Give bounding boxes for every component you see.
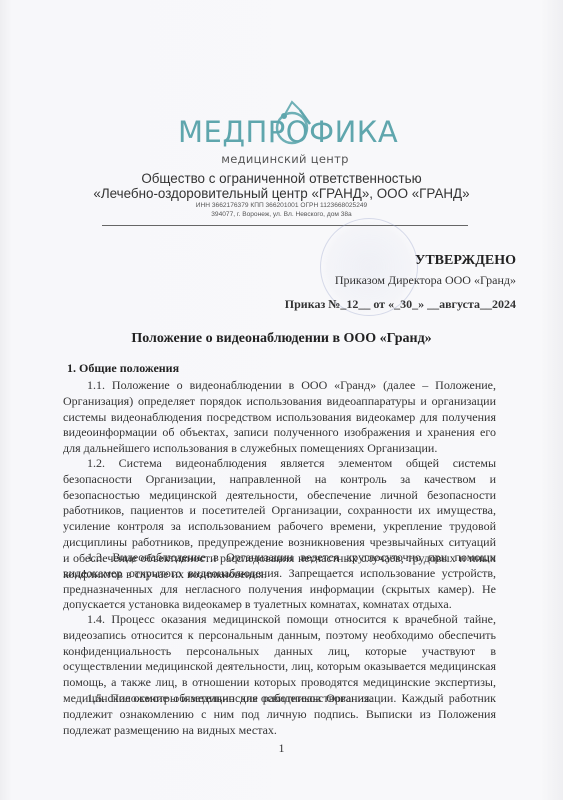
org-type: Общество с ограниченной ответственностью (0, 171, 563, 186)
org-name: «Лечебно-оздоровительный центр «ГРАНД», … (0, 186, 563, 201)
logo-subtitle: медицинский центр (200, 152, 370, 166)
document-page: МЕДПРОФИКА медицинский центр Общество с … (0, 0, 563, 800)
approved-by: Приказом Директора ООО «Гранд» (335, 273, 516, 288)
section-heading: 1. Общие положения (67, 361, 179, 376)
org-address: 394077, г. Воронеж, ул. Вл. Невского, до… (0, 211, 563, 218)
org-registration: ИНН 3662176379 КПП 366201001 ОГРН 112366… (0, 202, 563, 209)
logo-title: МЕДПРОФИКА (178, 117, 388, 147)
paragraph-1-3: 1.3. Видеонаблюдение в Организации ведет… (63, 550, 496, 613)
order-reference: Приказ №_12__ от «_30_» __августа__2024 (285, 297, 516, 312)
header-divider (102, 225, 468, 226)
paragraph-1-5: 1.5. Положение обязательно для работнико… (63, 691, 496, 738)
approved-heading: УТВЕРЖДЕНО (415, 253, 516, 269)
page-number: 1 (0, 741, 563, 756)
document-title: Положение о видеонаблюдении в ООО «Гранд… (0, 331, 563, 347)
paragraph-1-1: 1.1. Положение о видеонаблюдении в ООО «… (63, 378, 496, 457)
